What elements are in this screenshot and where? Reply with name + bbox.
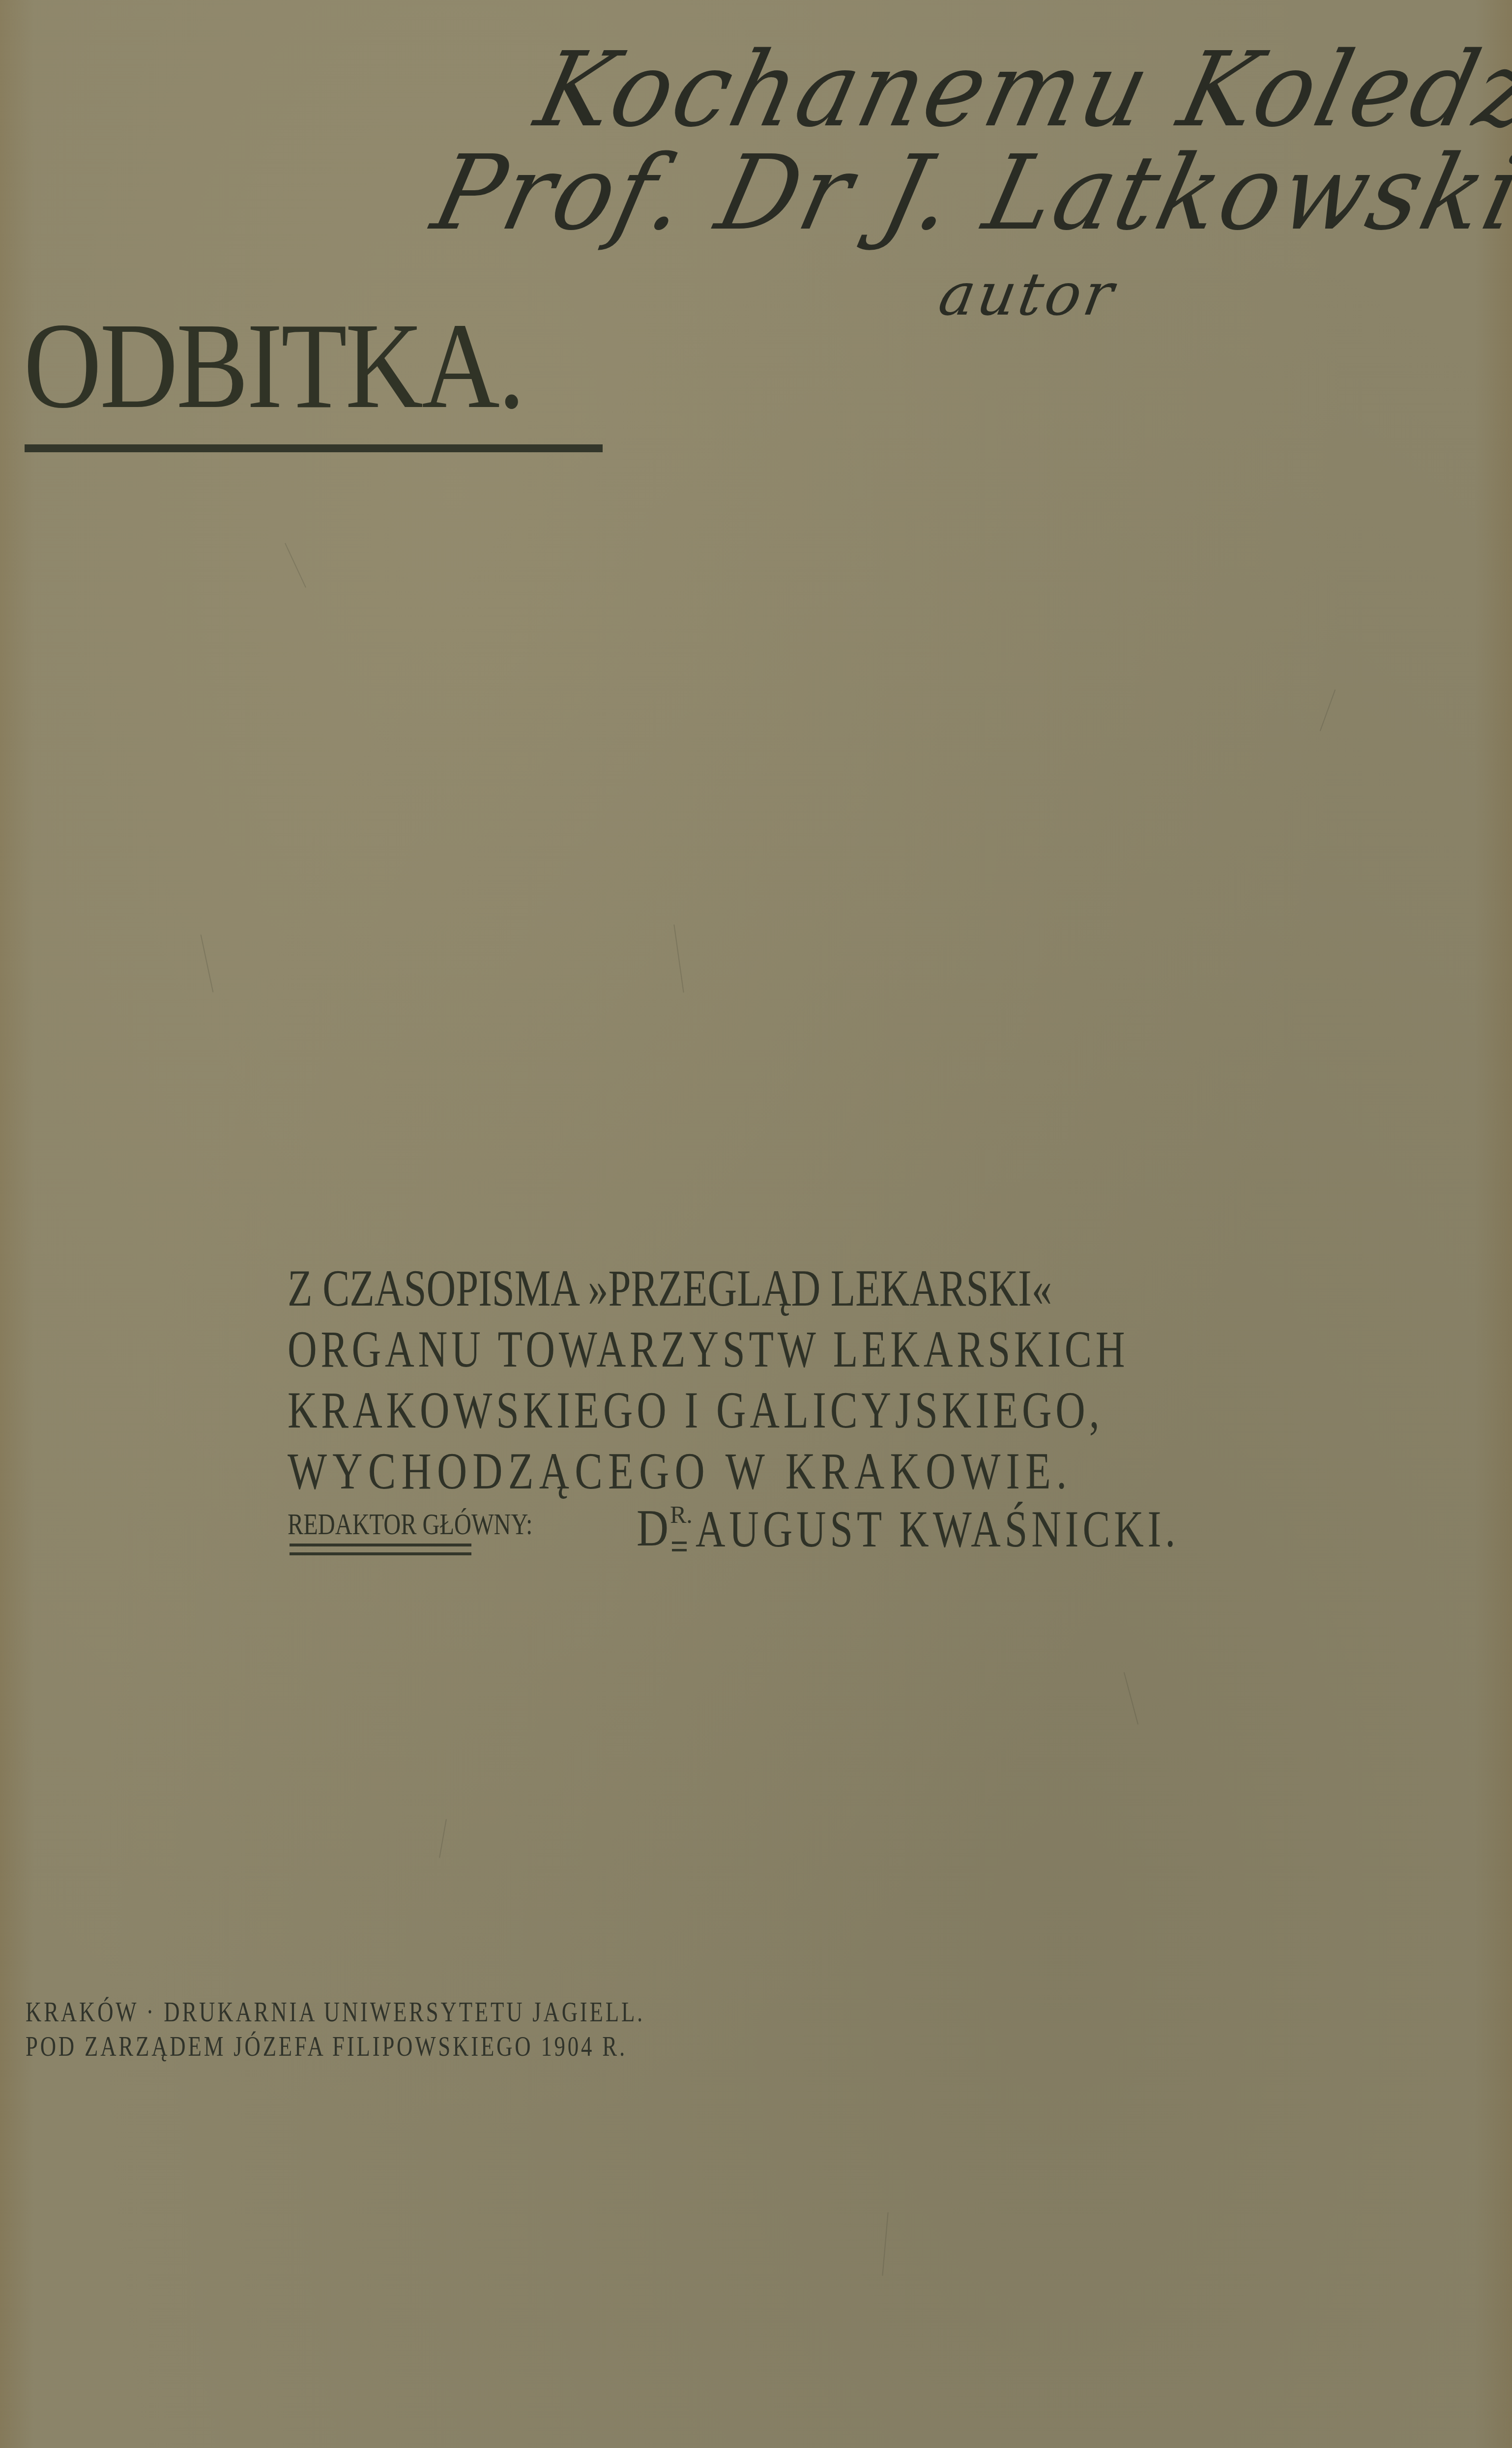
rule-line (290, 1544, 471, 1546)
paper-fiber (439, 1819, 447, 1858)
journal-line-2: ORGANU TOWARZYSTW LEKARSKICH (288, 1323, 1129, 1375)
rule-line (290, 1552, 471, 1555)
rule-line (672, 1542, 687, 1544)
journal-line-4: WYCHODZĄCEGO W KRAKOWIE. (288, 1445, 1072, 1497)
editor-title-main: D (637, 1502, 669, 1554)
rule-line (672, 1549, 687, 1551)
editor-title-superscript: R. (670, 1502, 693, 1527)
imprint-line-2: POD ZARZĄDEM JÓZEFA FILIPOWSKIEGO 1904 R… (26, 2033, 627, 2061)
editor-title-double-rule (672, 1542, 687, 1556)
dedication-signature: autor (934, 261, 1121, 329)
editor-name: AUGUST KWAŚNICKI. (696, 1503, 1179, 1555)
editor-label-double-rule (290, 1544, 471, 1561)
paper-fiber (201, 934, 214, 992)
paper-fiber (882, 2212, 888, 2276)
paper-fiber (285, 543, 306, 587)
dedication-line-1: Kochanemu Koledze (526, 29, 1512, 150)
editor-title: D R. (637, 1502, 674, 1554)
title-underline (25, 444, 603, 452)
imprint-line-1: KRAKÓW · DRUKARNIA UNIWERSYTETU JAGIELL. (26, 1999, 645, 2026)
journal-line-1: Z CZASOPISMA »PRZEGLĄD LEKARSKI« (288, 1262, 1052, 1314)
dedication-line-2: Prof. Dr J. Latkowskiemu (423, 133, 1512, 253)
page-title: ODBITKA. (24, 305, 523, 428)
paper-fiber (1124, 1672, 1138, 1725)
handwritten-dedication: Kochanemu Koledze Prof. Dr J. Latkowskie… (413, 0, 1494, 354)
editor-label: REDAKTOR GŁÓWNY: (288, 1509, 532, 1540)
journal-line-3: KRAKOWSKIEGO I GALICYJSKIEGO, (288, 1384, 1104, 1436)
editor-line: REDAKTOR GŁÓWNY: D R. AUGUST KWAŚNICKI. (288, 1499, 1290, 1568)
paper-fiber (1320, 689, 1336, 731)
paper-fiber (673, 925, 684, 993)
